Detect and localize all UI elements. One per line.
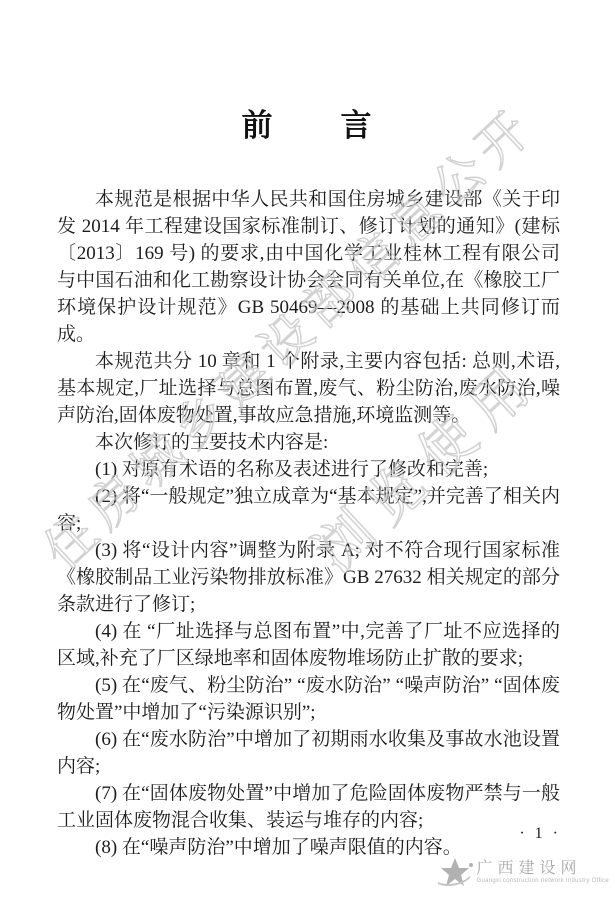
page-number: · 1 · xyxy=(519,825,561,843)
footer-site-name: 广西建设网 xyxy=(477,861,609,877)
star-icon xyxy=(436,856,474,890)
document-page: 住房城乡建设部信息公开 浏览使用 前 言 本规范是根据中华人民共和国住房城乡建设… xyxy=(0,0,615,898)
footer-logo: 广西建设网 Guangxi construction network Indus… xyxy=(436,856,609,890)
foreword-body: 本规范是根据中华人民共和国住房城乡建设部《关于印发 2014 年工程建设国家标准… xyxy=(57,186,560,861)
foreword-paragraph: (5) 在“废气、粉尘防治” “废水防治” “噪声防治” “固体废物处置”中增加… xyxy=(57,672,560,726)
foreword-paragraph: (4) 在 “厂址选择与总图布置”中,完善了厂址不应选择的区域,补充了厂区绿地率… xyxy=(57,618,560,672)
foreword-paragraph: (1) 对原有术语的名称及表述进行了修改和完善; xyxy=(57,456,560,483)
foreword-paragraph: (6) 在“废水防治”中增加了初期雨水收集及事故水池设置内容; xyxy=(57,726,560,780)
foreword-paragraph: 本规范是根据中华人民共和国住房城乡建设部《关于印发 2014 年工程建设国家标准… xyxy=(57,186,560,348)
footer-logo-text: 广西建设网 Guangxi construction network Indus… xyxy=(477,861,609,885)
foreword-paragraph: (2) 将“一般规定”独立成章为“基本规定”,并完善了相关内容; xyxy=(57,483,560,537)
footer-site-tagline: Guangxi construction network Industry Of… xyxy=(477,877,609,885)
page-title: 前 言 xyxy=(0,100,615,145)
foreword-paragraph: 本规范共分 10 章和 1 个附录,主要内容包括: 总则,术语,基本规定,厂址选… xyxy=(57,348,560,429)
foreword-paragraph: (3) 将“设计内容”调整为附录 A; 对不符合现行国家标准《橡胶制品工业污染物… xyxy=(57,537,560,618)
foreword-paragraph: 本次修订的主要技术内容是: xyxy=(57,429,560,456)
foreword-paragraph: (7) 在“固体废物处置”中增加了危险固体废物严禁与一般工业固体废物混合收集、装… xyxy=(57,780,560,834)
